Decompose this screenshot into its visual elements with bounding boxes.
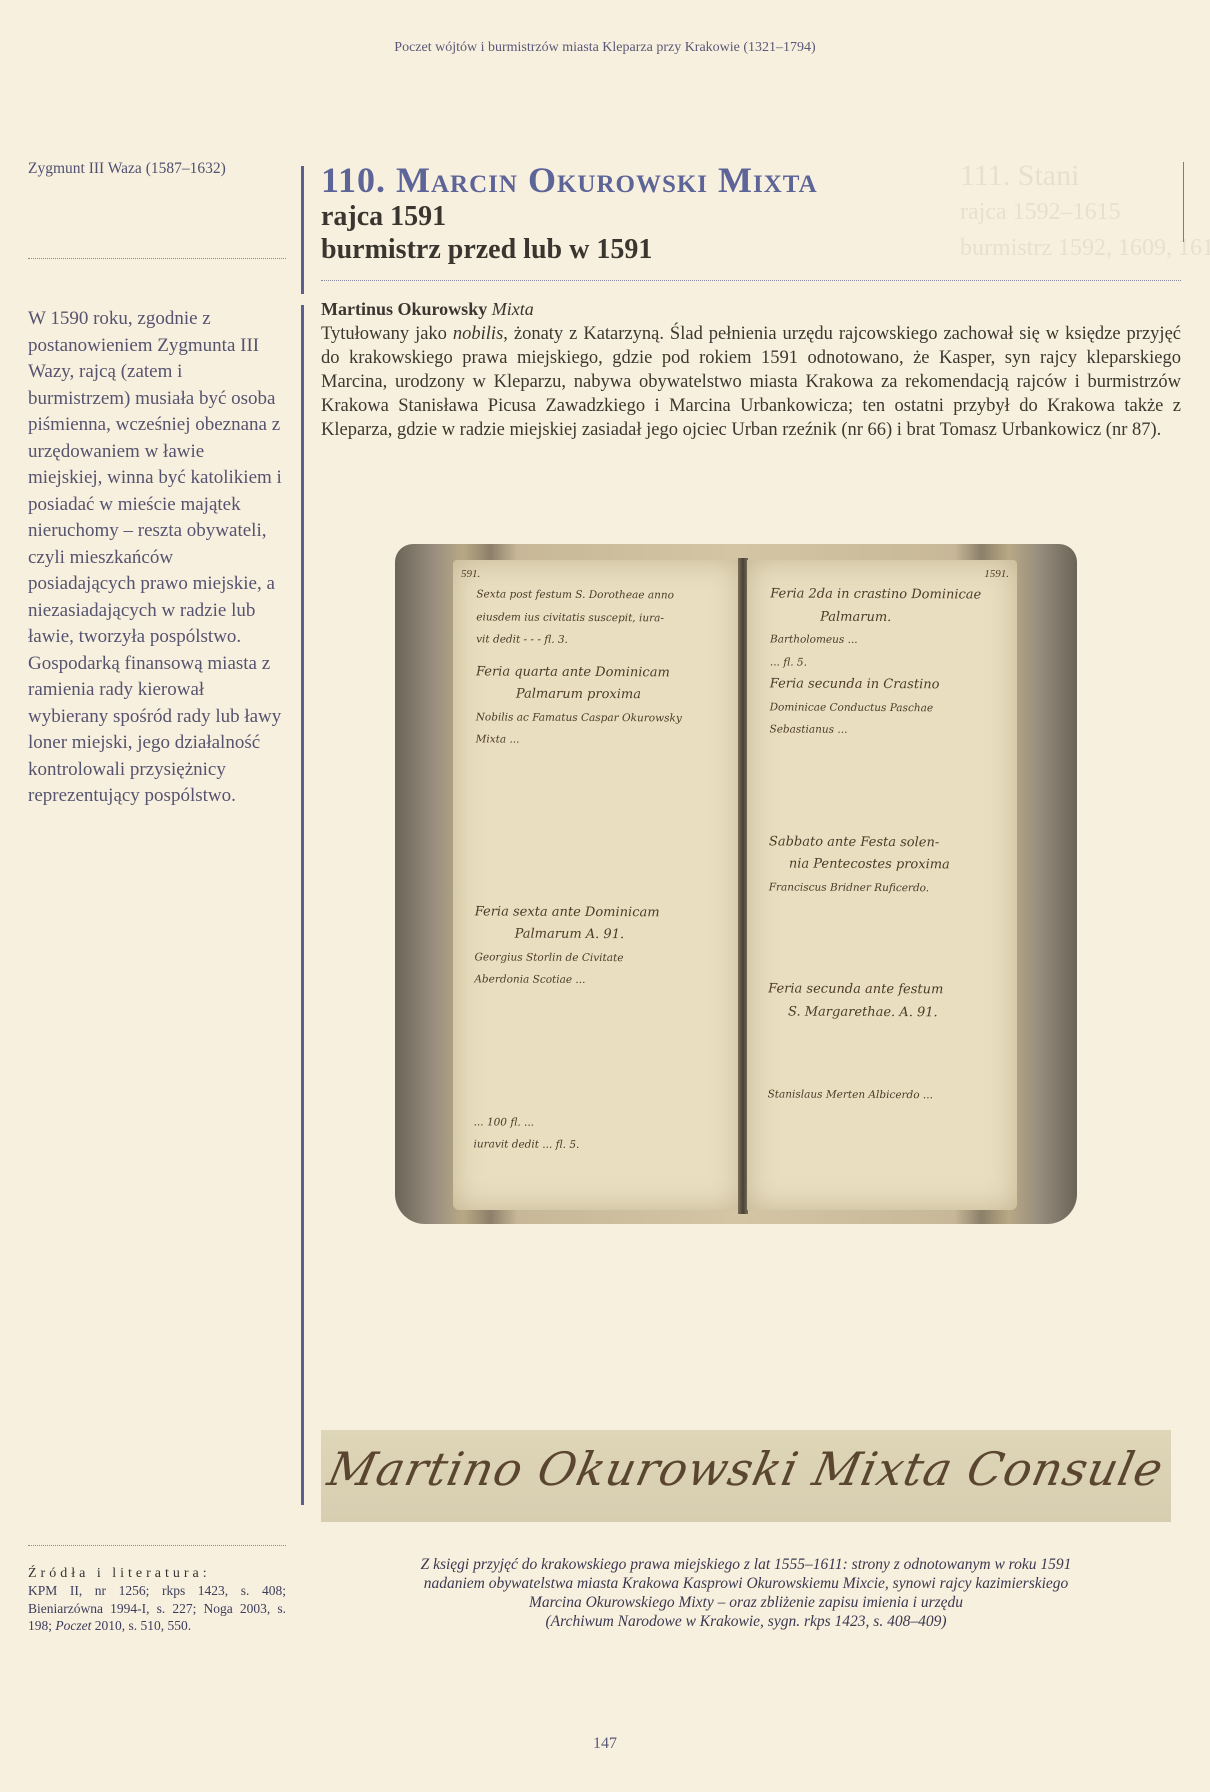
manuscript-page-right: 1591. Feria 2da in crastino Dominicae Pa…	[747, 560, 1017, 1210]
office-burmistrz: burmistrz przed lub w 1591	[321, 233, 1181, 266]
sources-block: Źródła i literatura: KPM II, nr 1256; rk…	[28, 1545, 286, 1635]
page-number: 147	[0, 1735, 1210, 1753]
dotted-divider	[321, 280, 1181, 281]
signature-closeup: Martino Okurowski Mixta Consule	[321, 1430, 1171, 1522]
vertical-rule	[301, 166, 304, 294]
vertical-rule	[301, 305, 304, 1505]
sources-title: Źródła i literatura:	[28, 1566, 286, 1582]
margin-column: Zygmunt III Waza (1587–1632) W 1590 roku…	[28, 160, 286, 810]
office-rajca: rajca 1591	[321, 200, 1181, 233]
latin-name: Martinus Okurowsky Mixta	[321, 299, 1181, 320]
running-head: Poczet wójtów i burmistrzów miasta Klepa…	[0, 40, 1210, 56]
sidenote: W 1590 roku, zgodnie z postanowieniem Zy…	[28, 306, 283, 810]
entry-body: Tytułowany jako nobilis, żonaty z Katarz…	[321, 322, 1181, 442]
sources-body: KPM II, nr 1256; rkps 1423, s. 408; Bien…	[28, 1582, 286, 1635]
handwriting: Feria 2da in crastino Dominicae Palmarum…	[747, 560, 1017, 1107]
figure-caption: Z księgi przyjęć do krakowskiego prawa m…	[321, 1555, 1171, 1631]
vertical-rule-right	[1183, 162, 1184, 242]
entry-title: 110. Marcin Okurowski Mixta	[321, 160, 1181, 200]
dotted-divider	[28, 1545, 286, 1546]
signature-handwriting: Martino Okurowski Mixta Consule	[323, 1442, 1168, 1496]
entry: 110. Marcin Okurowski Mixta rajca 1591 b…	[321, 160, 1181, 442]
handwriting: Sexta post festum S. Dorotheae anno eius…	[453, 560, 741, 1157]
manuscript-photo: 591. Sexta post festum S. Dorotheae anno…	[395, 544, 1077, 1224]
dotted-divider	[28, 258, 286, 259]
reign-label: Zygmunt III Waza (1587–1632)	[28, 160, 286, 178]
manuscript-page-left: 591. Sexta post festum S. Dorotheae anno…	[453, 560, 741, 1210]
